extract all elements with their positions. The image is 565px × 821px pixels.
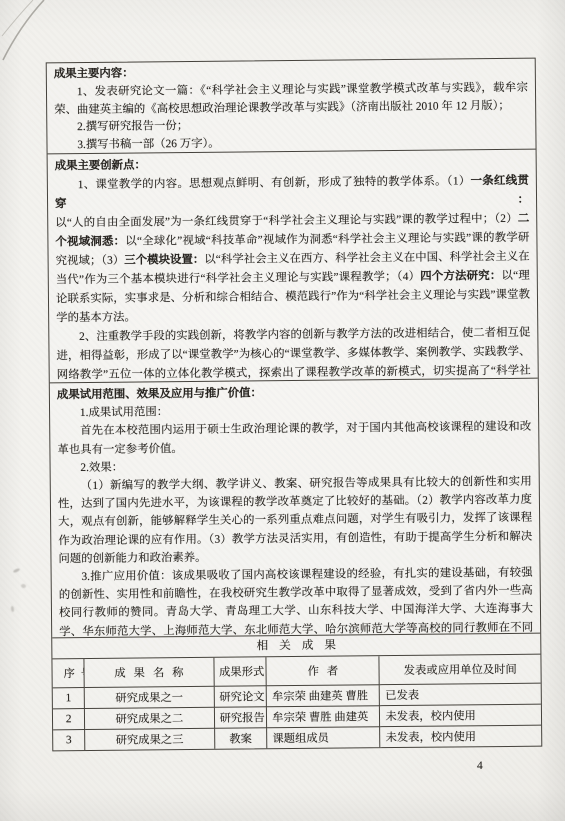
application-sub2-body: （1）新编写的教学大纲、教学讲义、教案、研究报告等成果具有比较大的创新性和实用性… bbox=[58, 473, 533, 569]
text-run-bold: 四个方法研究： bbox=[420, 270, 501, 283]
cell-form: 研究论文 bbox=[214, 686, 267, 708]
cell-form: 教案 bbox=[214, 728, 267, 749]
cell-authors: 牟宗荣 曹胜 曲建英 bbox=[267, 706, 380, 728]
innovations-paragraph-2: 2、注重教学手段的实践创新，将教学内容的创新与教学方法的改进相结合，使二者相互促… bbox=[56, 324, 531, 384]
text-run: 1、课堂教学的内容。思想观点鲜明、有创新，形成了独特的教学体系。（1） bbox=[78, 175, 471, 191]
column-header-no: 序号 bbox=[52, 659, 84, 688]
scanned-page: { "colors": { "paper": "#f1f0ec", "ink":… bbox=[0, 0, 565, 821]
cell-name: 研究成果之一 bbox=[84, 686, 214, 708]
cell-no: 3 bbox=[53, 730, 85, 751]
column-header-name: 成果名称 bbox=[84, 658, 214, 688]
column-header-authors: 作者 bbox=[266, 656, 379, 686]
cell-name: 研究成果之二 bbox=[85, 707, 215, 729]
achievement-form: 成果主要内容： 1、发表研究论文一篇：《“科学社会主义理论与实践”课堂教学模式改… bbox=[46, 58, 543, 752]
section-main-content: 成果主要内容： 1、发表研究论文一篇：《“科学社会主义理论与实践”课堂教学模式改… bbox=[47, 59, 536, 155]
page-number: 4 bbox=[477, 760, 483, 772]
text-run-bold: 三个模块设置： bbox=[124, 254, 204, 267]
related-results-table: 序号 成果名称 成果形式 作者 发表或应用单位及时间 1 研究成果之一 研究论文… bbox=[52, 655, 541, 751]
cell-authors: 牟宗荣 曲建英 曹胜 bbox=[266, 685, 379, 707]
text-run: 以“人的自由全面发展”为一条红线贯穿于“科学社会主义理论与实践”课的教学过程中；… bbox=[55, 213, 518, 229]
column-header-publication: 发表或应用单位及时间 bbox=[379, 655, 540, 685]
cell-publication: 已发表 bbox=[380, 683, 541, 706]
section-innovations: 成果主要创新点： 1、课堂教学的内容。思想观点鲜明、有创新，形成了独特的教学体系… bbox=[48, 150, 538, 384]
cell-publication: 未发表，校内使用 bbox=[380, 725, 541, 747]
application-sub3-body: 3.推广应用价值：该成果吸收了国内高校该课程建设的经验，有扎实的建设基础，有较强… bbox=[59, 564, 534, 639]
cell-form: 研究报告 bbox=[214, 707, 267, 729]
cell-name: 研究成果之三 bbox=[85, 728, 215, 750]
column-header-form: 成果形式 bbox=[213, 657, 266, 686]
innovations-paragraph-1: 1、课堂教学的内容。思想观点鲜明、有创新，形成了独特的教学体系。（1）一条红线贯… bbox=[55, 172, 530, 329]
section-application-value: 成果试用范围、效果及应用与推广价值： 1.成果试用范围： 首先在本校范围内运用于… bbox=[50, 379, 540, 639]
scan-smudge bbox=[11, 606, 15, 612]
cell-authors: 课题组成员 bbox=[267, 727, 380, 749]
cell-no: 1 bbox=[53, 688, 85, 709]
scan-smudge bbox=[21, 583, 27, 588]
scan-smudge bbox=[13, 568, 21, 574]
cell-no: 2 bbox=[53, 709, 85, 730]
table-row: 3 研究成果之三 教案 课题组成员 未发表，校内使用 bbox=[53, 725, 541, 750]
main-content-item-1: 1、发表研究论文一篇：《“科学社会主义理论与实践”课堂教学模式改革与实践》，载牟… bbox=[54, 80, 528, 120]
application-sub1-body: 首先在本校范围内运用于硕士生政治理论课的教学，对于国内其他高校该课程的建设和改革… bbox=[57, 418, 531, 459]
cell-publication: 未发表，校内使用 bbox=[380, 704, 541, 727]
